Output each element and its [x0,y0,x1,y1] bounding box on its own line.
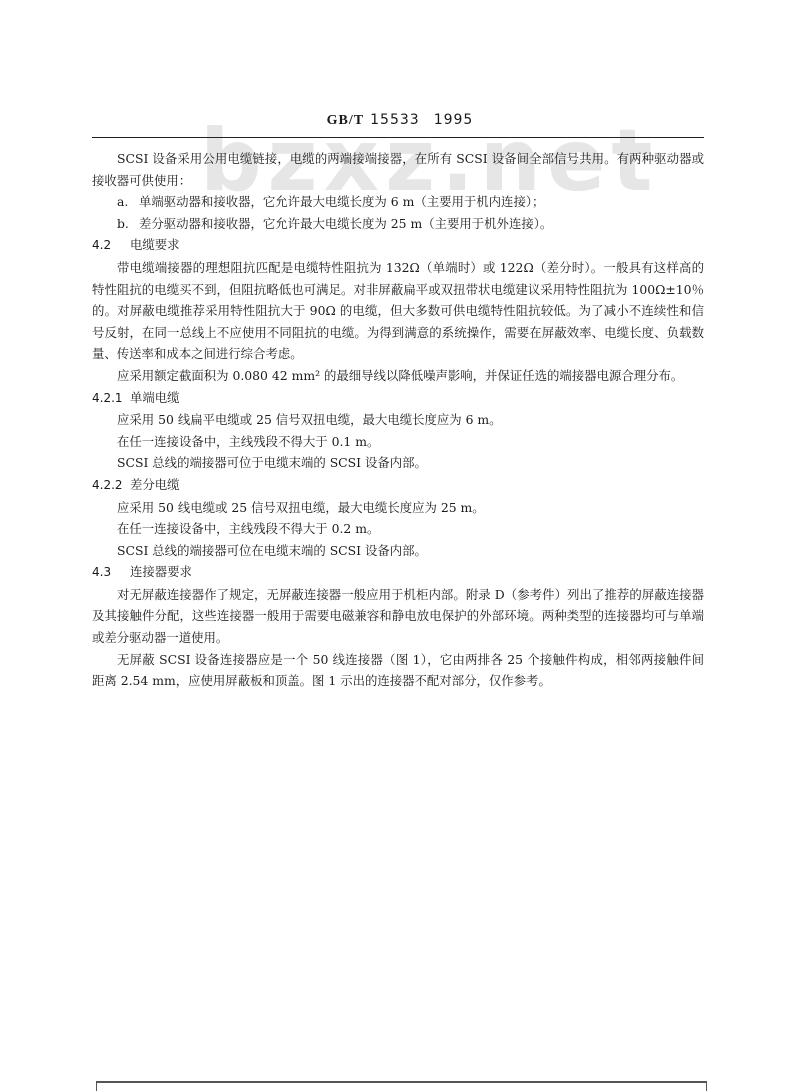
list-item-b: b.差分驱动器和接收器，它允许最大电缆长度为 25 m（主要用于机外连接）。 [92,213,704,235]
intro-paragraph: SCSI 设备采用公用电缆链接，电缆的两端接端接器，在所有 SCSI 设备间全部… [92,148,704,191]
header-rule [92,137,704,138]
text-line: 应采用 50 线扁平电缆或 25 信号双扭电缆，最大电缆长度应为 6 m。 [92,409,704,431]
section-number: 4.2.2 [92,475,130,497]
document-body: SCSI 设备采用公用电缆链接，电缆的两端接端接器，在所有 SCSI 设备间全部… [92,148,704,692]
paragraph: 无屏蔽 SCSI 设备连接器应是一个 50 线连接器（图 1），它由两排各 25… [92,649,704,692]
standard-year: 1995 [434,112,474,128]
section-title: 差分电缆 [130,477,180,492]
section-title: 连接器要求 [130,564,192,579]
section-number: 4.3 [92,562,130,584]
text-line: 在任一连接设备中，主线残段不得大于 0.1 m。 [92,431,704,453]
section-number: 4.2.1 [92,388,130,410]
list-text: 单端驱动器和接收器，它允许最大电缆长度为 6 m（主要用于机内连接）； [139,194,544,209]
text-line: 在任一连接设备中，主线残段不得大于 0.2 m。 [92,518,704,540]
list-text: 差分驱动器和接收器，它允许最大电缆长度为 25 m（主要用于机外连接）。 [139,216,552,231]
paragraph: 对无屏蔽连接器作了规定，无屏蔽连接器一般应用于机柜内部。附录 D（参考件）列出了… [92,584,704,649]
list-marker: a. [117,191,139,213]
section-heading-4-2-2: 4.2.2差分电缆 [92,474,704,497]
paragraph: 应采用额定截面积为 0.080 42 mm² 的最细导线以降低噪声影响，并保证任… [92,365,704,387]
paragraph: 带电缆端接器的理想阻抗匹配是电缆特性阻抗为 132Ω（单端时）或 122Ω（差分… [92,257,704,365]
section-number: 4.2 [92,235,130,257]
section-heading-4-2: 4.2电缆要求 [92,234,704,257]
list-marker: b. [117,213,139,235]
section-title: 电缆要求 [130,237,180,252]
standard-prefix: GB/T [327,113,364,128]
figure-frame-top-edge [96,1081,707,1091]
section-heading-4-3: 4.3连接器要求 [92,561,704,584]
section-heading-4-2-1: 4.2.1单端电缆 [92,387,704,410]
text-line: 应采用 50 线电缆或 25 信号双扭电缆，最大电缆长度应为 25 m。 [92,497,704,519]
standard-number: 15533 [370,112,420,128]
section-title: 单端电缆 [130,390,180,405]
text-line: SCSI 总线的端接器可位在电缆末端的 SCSI 设备内部。 [92,540,704,562]
list-item-a: a.单端驱动器和接收器，它允许最大电缆长度为 6 m（主要用于机内连接）； [92,191,704,213]
page-header: GB/T155331995 [0,112,800,129]
text-line: SCSI 总线的端接器可位于电缆末端的 SCSI 设备内部。 [92,452,704,474]
